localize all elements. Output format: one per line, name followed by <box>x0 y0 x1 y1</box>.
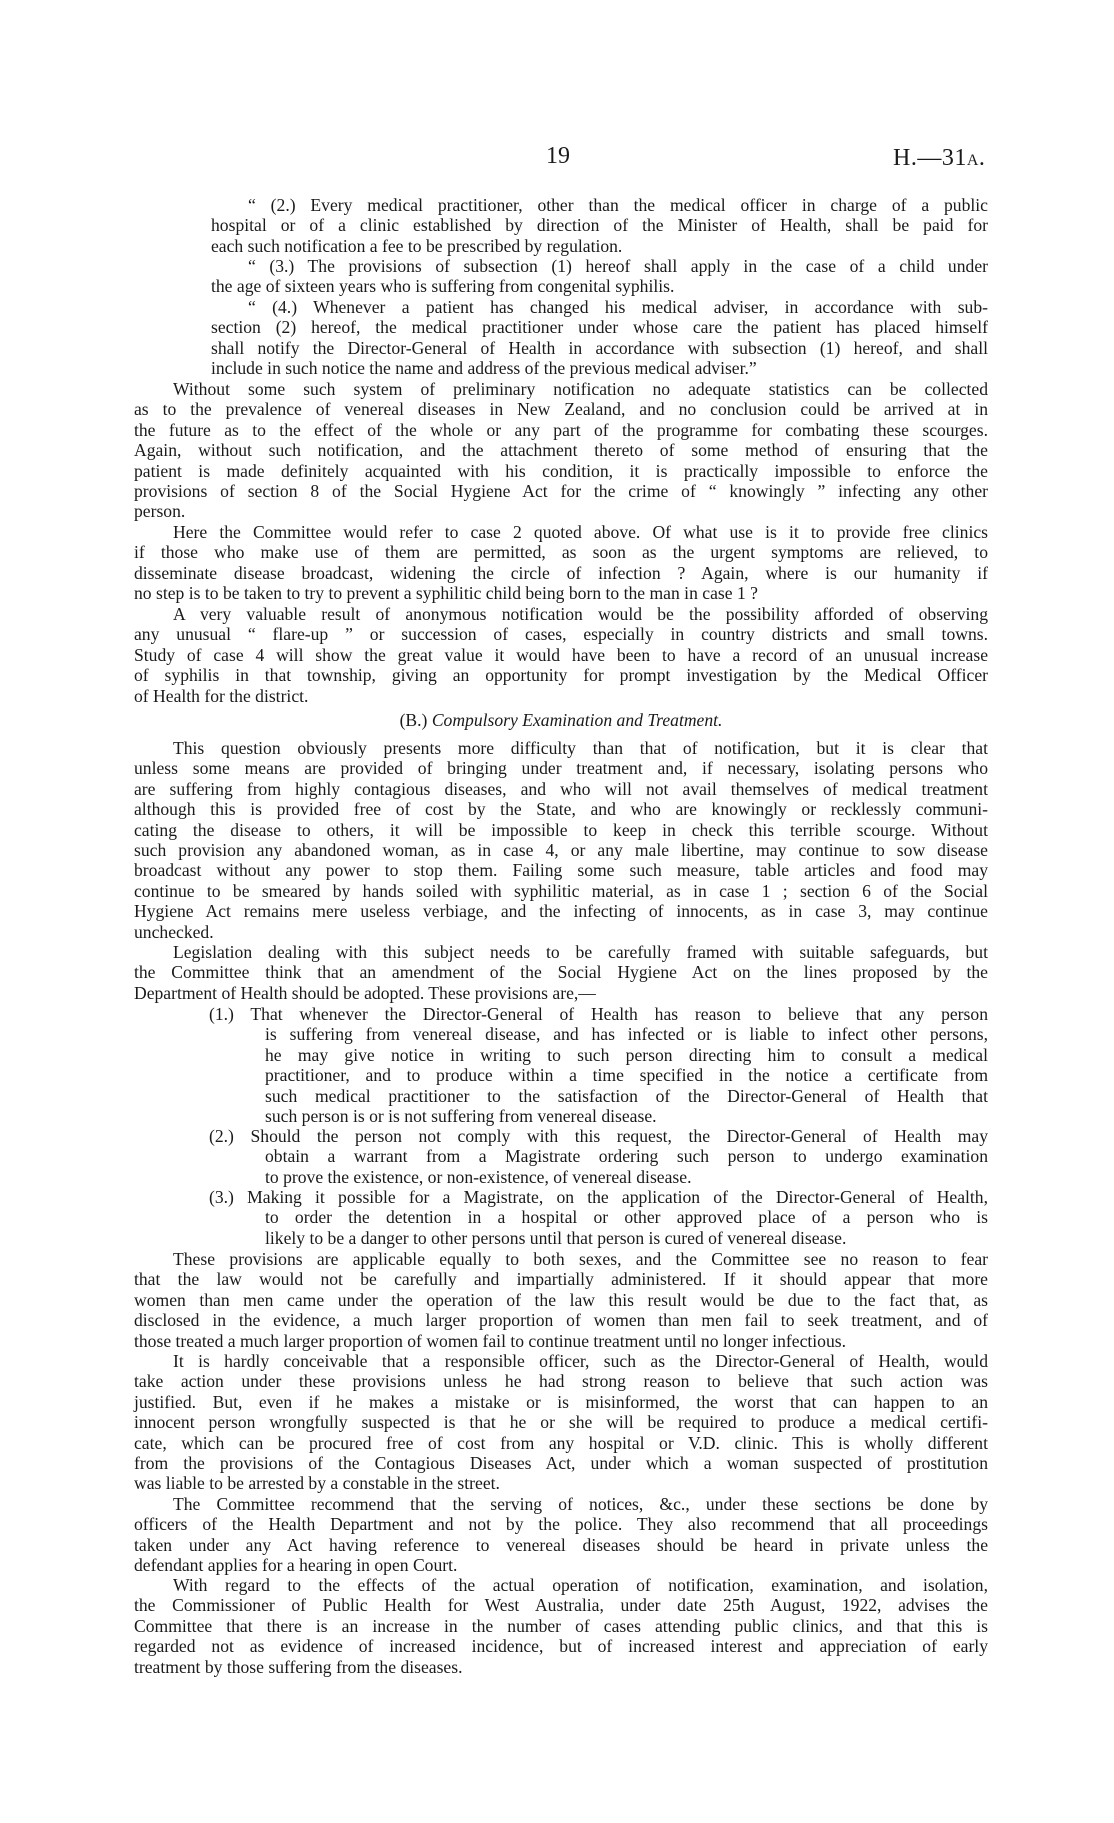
text-line: patient is made definitely acquainted wi… <box>134 461 988 481</box>
page-number: 19 <box>546 142 570 170</box>
section-heading-b: (B.) Compulsory Examination and Treatmen… <box>134 709 988 731</box>
provision-2: (2.) Should the person not comply with t… <box>134 1126 988 1187</box>
text-line: cate, which can be procured free of cost… <box>134 1433 988 1453</box>
paragraph-both-sexes: These provisions are applicable equally … <box>134 1249 988 1351</box>
text-line: Here the Committee would refer to case 2… <box>134 522 988 542</box>
text-line: such medical practitioner to the satisfa… <box>134 1086 988 1106</box>
text-line: the future as to the effect of the whole… <box>134 420 988 440</box>
text-line: of syphilis in that township, giving an … <box>134 665 988 685</box>
text-line: cating the disease to others, it will be… <box>134 820 988 840</box>
provision-1: (1.) That whenever the Director-General … <box>134 1004 988 1126</box>
text-line: This question obviously presents more di… <box>134 738 988 758</box>
text-line: Again, without such notification, and th… <box>134 440 988 460</box>
text-line: obtain a warrant from a Magistrate order… <box>134 1146 988 1166</box>
text-line: It is hardly conceivable that a responsi… <box>134 1351 988 1371</box>
text-line: that the law would not be carefully and … <box>134 1269 988 1289</box>
text-line: Study of case 4 will show the great valu… <box>134 645 988 665</box>
quoted-subsection-4: “ (4.) Whenever a patient has changed hi… <box>134 297 988 379</box>
text-line: “ (2.) Every medical practitioner, other… <box>134 195 988 215</box>
text-line: Committee that there is an increase in t… <box>134 1616 988 1636</box>
doc-ref-suffix: A <box>967 152 979 169</box>
text-line: “ (3.) The provisions of subsection (1) … <box>134 256 988 276</box>
doc-ref-end: . <box>979 145 986 171</box>
text-line: was liable to be arrested by a constable… <box>134 1473 988 1493</box>
text-line: Hygiene Act remains mere useless verbiag… <box>134 901 988 921</box>
text-line: shall notify the Director-General of Hea… <box>134 338 988 358</box>
text-line: Without some such system of preliminary … <box>134 379 988 399</box>
section-heading-label: (B.) <box>400 710 432 730</box>
text-line: no step is to be taken to try to prevent… <box>134 583 988 603</box>
text-line: is suffering from venereal disease, and … <box>134 1024 988 1044</box>
text-line: broadcast without any power to stop them… <box>134 860 988 880</box>
text-line: the Committee think that an amendment of… <box>134 962 988 982</box>
text-line: provisions of section 8 of the Social Hy… <box>134 481 988 501</box>
paragraph-serving-notices: The Committee recommend that the serving… <box>134 1494 988 1576</box>
text-line: section (2) hereof, the medical practiti… <box>134 317 988 337</box>
text-line: any unusual “ flare-up ” or succession o… <box>134 624 988 644</box>
document-reference: H.—31A. <box>893 144 985 175</box>
text-line: The Committee recommend that the serving… <box>134 1494 988 1514</box>
text-line: disseminate disease broadcast, widening … <box>134 563 988 583</box>
paragraph-preliminary-notification: Without some such system of preliminary … <box>134 379 988 522</box>
text-line: such person is or is not suffering from … <box>134 1106 988 1126</box>
text-line: from the provisions of the Contagious Di… <box>134 1453 988 1473</box>
text-line: such provision any abandoned woman, as i… <box>134 840 988 860</box>
text-line: justified. But, even if he makes a mista… <box>134 1392 988 1412</box>
paragraph-responsible-officer: It is hardly conceivable that a responsi… <box>134 1351 988 1494</box>
text-line: practitioner, and to produce within a ti… <box>134 1065 988 1085</box>
doc-ref-main: H.—31 <box>893 145 967 171</box>
paragraph-anonymous-notification: A very valuable result of anonymous noti… <box>134 604 988 706</box>
text-line: disclosed in the evidence, a much larger… <box>134 1310 988 1330</box>
text-line: to prove the existence, or non-existence… <box>134 1167 988 1187</box>
text-line: Department of Health should be adopted. … <box>134 983 988 1003</box>
text-line: although this is provided free of cost b… <box>134 799 988 819</box>
paragraph-compulsory-intro: This question obviously presents more di… <box>134 738 988 942</box>
text-line: of Health for the district. <box>134 686 988 706</box>
text-line: unchecked. <box>134 922 988 942</box>
text-line: regarded not as evidence of increased in… <box>134 1636 988 1656</box>
quoted-subsection-3: “ (3.) The provisions of subsection (1) … <box>134 256 988 297</box>
text-line: innocent person wrongfully suspected is … <box>134 1412 988 1432</box>
paragraph-legislation: Legislation dealing with this subject ne… <box>134 942 988 1003</box>
provision-3: (3.) Making it possible for a Magistrate… <box>134 1187 988 1248</box>
text-line: the age of sixteen years who is sufferin… <box>134 276 988 296</box>
text-line: treatment by those suffering from the di… <box>134 1657 988 1677</box>
text-line: he may give notice in writing to such pe… <box>134 1045 988 1065</box>
text-line: each such notification a fee to be presc… <box>134 236 988 256</box>
text-line: taken under any Act having reference to … <box>134 1535 988 1555</box>
text-line: take action under these provisions unles… <box>134 1371 988 1391</box>
text-line: A very valuable result of anonymous noti… <box>134 604 988 624</box>
text-line: Legislation dealing with this subject ne… <box>134 942 988 962</box>
text-line: likely to be a danger to other persons u… <box>134 1228 988 1248</box>
paragraph-case-2: Here the Committee would refer to case 2… <box>134 522 988 604</box>
text-line: officers of the Health Department and no… <box>134 1514 988 1534</box>
text-line: hospital or of a clinic established by d… <box>134 215 988 235</box>
text-line: (3.) Making it possible for a Magistrate… <box>134 1187 988 1207</box>
text-line: those treated a much larger proportion o… <box>134 1331 988 1351</box>
text-line: women than men came under the operation … <box>134 1290 988 1310</box>
text-line: With regard to the effects of the actual… <box>134 1575 988 1595</box>
text-line: (1.) That whenever the Director-General … <box>134 1004 988 1024</box>
text-line: unless some means are provided of bringi… <box>134 758 988 778</box>
quoted-subsection-2: “ (2.) Every medical practitioner, other… <box>134 195 988 256</box>
section-heading-title: Compulsory Examination and Treatment. <box>432 710 723 730</box>
text-line: the Commissioner of Public Health for We… <box>134 1595 988 1615</box>
text-line: if those who make use of them are permit… <box>134 542 988 562</box>
paragraph-west-australia: With regard to the effects of the actual… <box>134 1575 988 1677</box>
text-line: defendant applies for a hearing in open … <box>134 1555 988 1575</box>
text-line: to order the detention in a hospital or … <box>134 1207 988 1227</box>
text-line: “ (4.) Whenever a patient has changed hi… <box>134 297 988 317</box>
text-line: continue to be smeared by hands soiled w… <box>134 881 988 901</box>
text-line: as to the prevalence of venereal disease… <box>134 399 988 419</box>
text-line: person. <box>134 501 988 521</box>
text-line: These provisions are applicable equally … <box>134 1249 988 1269</box>
text-line: (2.) Should the person not comply with t… <box>134 1126 988 1146</box>
text-line: include in such notice the name and addr… <box>134 358 988 378</box>
text-line: are suffering from highly contagious dis… <box>134 779 988 799</box>
